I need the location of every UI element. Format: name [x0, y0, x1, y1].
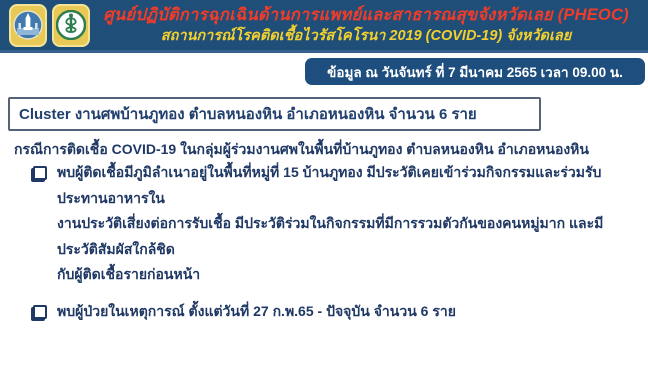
bullet-text: พบผู้ติดเชื้อมีภูมิลำเนาอยู่ในพื้นที่หมู… — [57, 160, 643, 288]
cluster-title-box: Cluster งานศพบ้านภูทอง ตำบลหนองหิน อำเภอ… — [8, 97, 541, 131]
bullet-line: พบผู้ติดเชื้อมีภูมิลำเนาอยู่ในพื้นที่หมู… — [57, 160, 643, 211]
public-health-emblem-icon — [56, 10, 86, 40]
pheoc-title: ศูนย์ปฏิบัติการฉุกเฉินด้านการแพทย์และสาธ… — [90, 6, 642, 25]
loei-provincial-seal-logo — [9, 4, 47, 47]
checkbox-bullet-icon — [33, 305, 47, 319]
bullet-list: พบผู้ติดเชื้อมีภูมิลำเนาอยู่ในพื้นที่หมู… — [33, 160, 643, 324]
public-health-emblem-logo — [52, 4, 90, 47]
covid-situation-subtitle: สถานการณ์โรคติดเชื้อไวรัสโคโรนา 2019 (CO… — [90, 28, 642, 45]
bullet-text: พบผู้ป่วยในเหตุการณ์ ตั้งแต่วันที่ 27 ก.… — [57, 299, 456, 325]
loei-seal-icon — [13, 10, 43, 40]
checkbox-bullet-icon — [33, 166, 47, 180]
header-banner: ศูนย์ปฏิบัติการฉุกเฉินด้านการแพทย์และสาธ… — [0, 0, 648, 53]
bullet-item-exposure-history: พบผู้ติดเชื้อมีภูมิลำเนาอยู่ในพื้นที่หมู… — [33, 160, 643, 288]
bullet-item-case-count: พบผู้ป่วยในเหตุการณ์ ตั้งแต่วันที่ 27 ก.… — [33, 299, 643, 325]
dateline-text: ข้อมูล ณ วันจันทร์ ที่ 7 มีนาคม 2565 เวล… — [327, 61, 623, 83]
bullet-line: พบผู้ป่วยในเหตุการณ์ ตั้งแต่วันที่ 27 ก.… — [57, 299, 456, 325]
case-intro-line: กรณีการติดเชื้อ COVID-19 ในกลุ่มผู้ร่วมง… — [14, 139, 642, 161]
bullet-line: กับผู้ติดเชื้อรายก่อนหน้า — [57, 262, 643, 288]
banner-titles: ศูนย์ปฏิบัติการฉุกเฉินด้านการแพทย์และสาธ… — [90, 6, 648, 45]
bullet-line: งานประวัติเสี่ยงต่อการรับเชื้อ มีประวัติ… — [57, 211, 643, 262]
logo-strip — [9, 4, 90, 47]
pheoc-situation-slide: ศูนย์ปฏิบัติการฉุกเฉินด้านการแพทย์และสาธ… — [0, 0, 648, 365]
data-as-of-dateline: ข้อมูล ณ วันจันทร์ ที่ 7 มีนาคม 2565 เวล… — [305, 58, 645, 85]
cluster-title: Cluster งานศพบ้านภูทอง ตำบลหนองหิน อำเภอ… — [19, 102, 477, 126]
